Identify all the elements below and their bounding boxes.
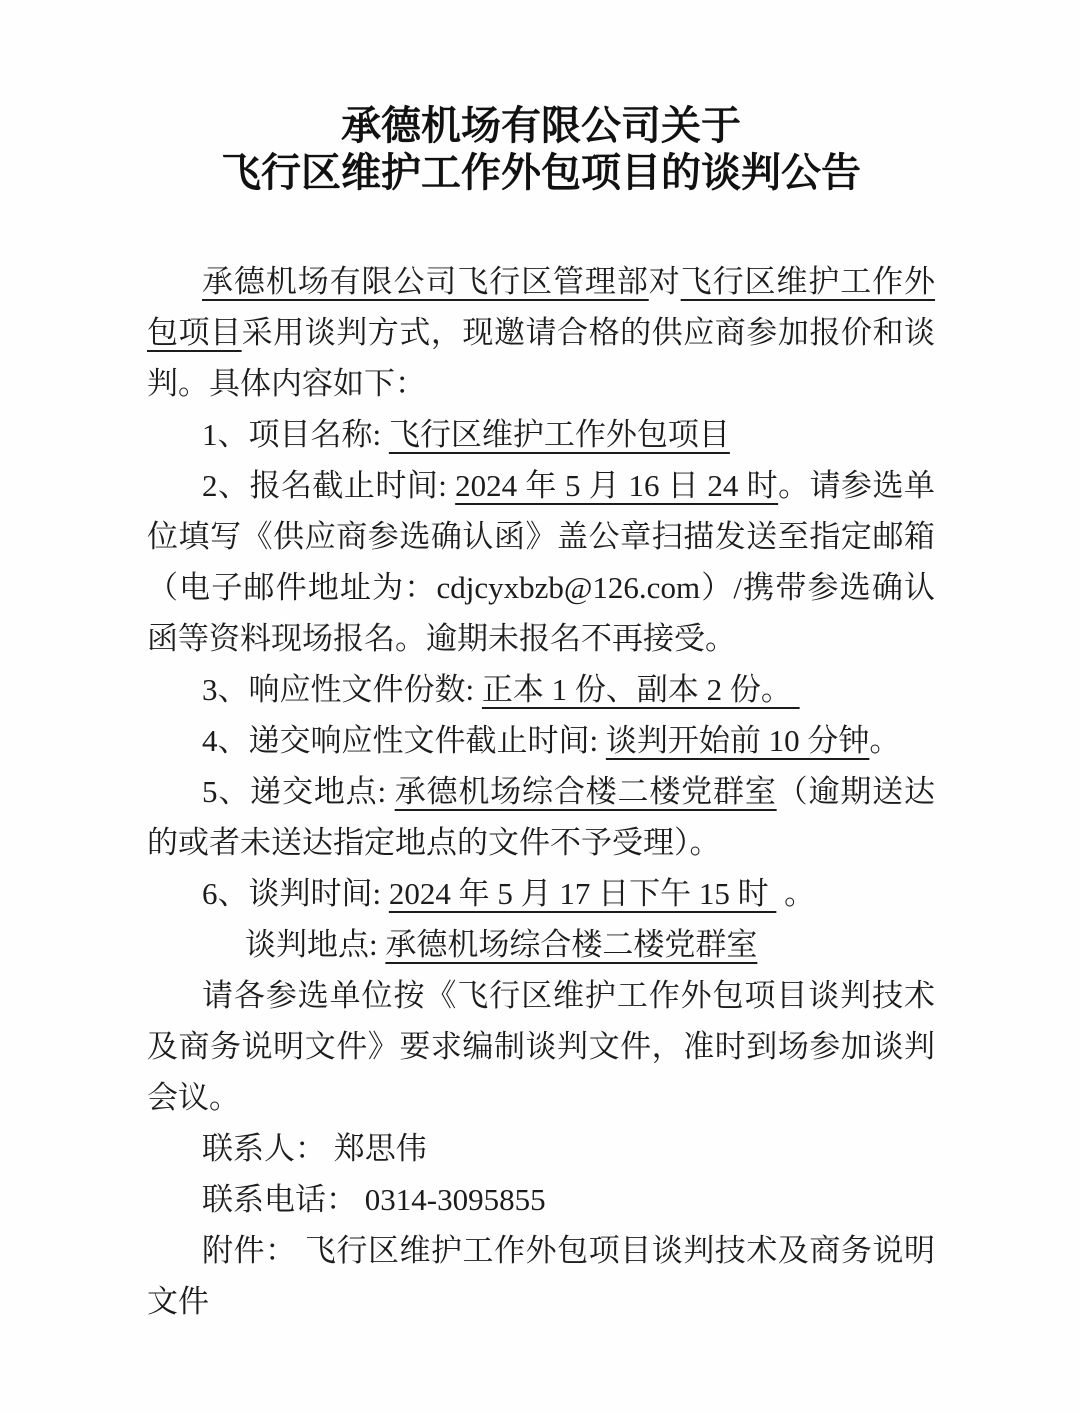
item-6-period-text: 。 xyxy=(776,876,815,911)
item-2-registration-deadline: 2、报名截止时间: 2024 年 5 月 16 日 24 时。请参选单位填写《供… xyxy=(147,460,935,664)
item-6-value: 2024 年 5 月 17 日下午 15 时 xyxy=(389,876,777,911)
item-1-project-name: 1、项目名称: 飞行区维护工作外包项目 xyxy=(147,409,935,460)
document-title: 承德机场有限公司关于 飞行区维护工作外包项目的谈判公告 xyxy=(147,102,935,196)
intro-paragraph: 承德机场有限公司飞行区管理部对飞行区维护工作外包项目采用谈判方式，现邀请合格的供… xyxy=(147,256,935,409)
item-4-submission-deadline: 4、递交响应性文件截止时间: 谈判开始前 10 分钟。 xyxy=(147,715,935,766)
item-3-value: 正本 1 份、副本 2 份。 xyxy=(482,672,800,707)
item-6-label: 6、谈判时间: xyxy=(202,876,389,911)
item-2-label: 2、报名截止时间: xyxy=(202,468,455,503)
item-1-label: 1、项目名称: xyxy=(202,417,389,452)
negotiation-place-value: 承德机场综合楼二楼党群室 xyxy=(385,927,757,962)
item-5-value: 承德机场综合楼二楼党群室 xyxy=(395,774,777,809)
attachment-line: 附件： 飞行区维护工作外包项目谈判技术及商务说明文件 xyxy=(147,1225,935,1327)
intro-body-text: 采用谈判方式，现邀请合格的供应商参加报价和谈判。具体内容如下： xyxy=(147,315,935,401)
title-line-1: 承德机场有限公司关于 xyxy=(147,102,935,149)
item-5-label: 5、递交地点: xyxy=(202,774,395,809)
title-line-2: 飞行区维护工作外包项目的谈判公告 xyxy=(147,149,935,196)
item-1-value: 飞行区维护工作外包项目 xyxy=(389,417,730,452)
issuing-department-text: 承德机场有限公司飞行区管理部 xyxy=(202,264,649,299)
item-4-value: 谈判开始前 10 分钟 xyxy=(606,723,870,758)
item-6-negotiation-time: 6、谈判时间: 2024 年 5 月 17 日下午 15 时 。 xyxy=(147,868,935,919)
contact-person: 联系人： 郑思伟 xyxy=(147,1123,935,1174)
plain-text: 对 xyxy=(649,264,681,299)
item-2-deadline-value: 2024 年 5 月 16 日 24 时 xyxy=(455,468,778,503)
attachment-text: 附件： 飞行区维护工作外包项目谈判技术及商务说明文件 xyxy=(147,1233,935,1319)
item-3-label: 3、响应性文件份数: xyxy=(202,672,482,707)
negotiation-place-label: 谈判地点: xyxy=(245,927,385,962)
item-4-period-text: 。 xyxy=(869,723,900,758)
contact-phone: 联系电话： 0314-3095855 xyxy=(147,1174,935,1225)
document-page: 承德机场有限公司关于 飞行区维护工作外包项目的谈判公告 承德机场有限公司飞行区管… xyxy=(0,0,1080,1412)
item-3-document-copies: 3、响应性文件份数: 正本 1 份、副本 2 份。 xyxy=(147,664,935,715)
contact-person-text: 联系人： 郑思伟 xyxy=(202,1131,427,1166)
document-body: 承德机场有限公司飞行区管理部对飞行区维护工作外包项目采用谈判方式，现邀请合格的供… xyxy=(147,256,935,1327)
closing-instruction: 请各参选单位按《飞行区维护工作外包项目谈判技术及商务说明文件》要求编制谈判文件，… xyxy=(147,970,935,1123)
closing-instruction-text: 请各参选单位按《飞行区维护工作外包项目谈判技术及商务说明文件》要求编制谈判文件，… xyxy=(147,978,935,1115)
negotiation-place: 谈判地点: 承德机场综合楼二楼党群室 xyxy=(147,919,935,970)
item-5-submission-place: 5、递交地点: 承德机场综合楼二楼党群室（逾期送达的或者未送达指定地点的文件不予… xyxy=(147,766,935,868)
contact-phone-text: 联系电话： 0314-3095855 xyxy=(202,1182,546,1217)
item-4-label: 4、递交响应性文件截止时间: xyxy=(202,723,606,758)
